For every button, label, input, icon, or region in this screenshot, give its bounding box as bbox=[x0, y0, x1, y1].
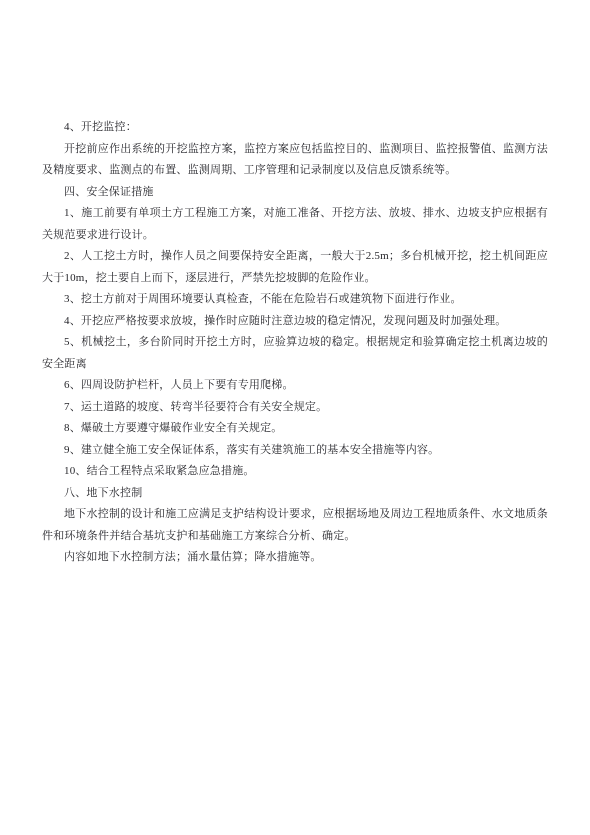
paragraph-safety-item-8: 8、爆破土方要遵守爆破作业安全有关规定。 bbox=[42, 418, 548, 440]
paragraph-groundwater-body: 地下水控制的设计和施工应满足支护结构设计要求，应根据场地及周边工程地质条件、水文… bbox=[42, 504, 548, 547]
paragraph-safety-item-3: 3、挖土方前对于周围环境要认真检查，不能在危险岩石或建筑物下面进行作业。 bbox=[42, 289, 548, 311]
paragraph-section-eight-heading: 八、地下水控制 bbox=[42, 483, 548, 505]
paragraph-safety-item-4: 4、开挖应严格按要求放坡，操作时应随时注意边坡的稳定情况，发现问题及时加强处理。 bbox=[42, 311, 548, 333]
paragraph-monitoring-plan-body: 开挖前应作出系统的开挖监控方案，监控方案应包括监控目的、监测项目、监控报警值、监… bbox=[42, 139, 548, 182]
paragraph-safety-item-2: 2、人工挖土方时，操作人员之间要保持安全距离，一般大于2.5m；多台机械开挖，挖… bbox=[42, 246, 548, 289]
paragraph-safety-item-10: 10、结合工程特点采取紧急应急措施。 bbox=[42, 461, 548, 483]
paragraph-safety-item-9: 9、建立健全施工安全保证体系，落实有关建筑施工的基本安全措施等内容。 bbox=[42, 440, 548, 462]
paragraph-excavation-monitoring-heading: 4、开挖监控： bbox=[42, 117, 548, 139]
paragraph-safety-item-7: 7、运土道路的坡度、转弯半径要符合有关安全规定。 bbox=[42, 397, 548, 419]
paragraph-section-four-heading: 四、安全保证措施 bbox=[42, 182, 548, 204]
paragraph-safety-item-6: 6、四周设防护栏杆，人员上下要有专用爬梯。 bbox=[42, 375, 548, 397]
paragraph-groundwater-methods: 内容如地下水控制方法；涌水量估算；降水措施等。 bbox=[42, 547, 548, 569]
document-page: 4、开挖监控： 开挖前应作出系统的开挖监控方案，监控方案应包括监控目的、监测项目… bbox=[0, 0, 590, 835]
paragraph-safety-item-1: 1、施工前要有单项土方工程施工方案，对施工准备、开挖方法、放坡、排水、边坡支护应… bbox=[42, 203, 548, 246]
paragraph-safety-item-5: 5、机械挖土，多台阶同时开挖土方时，应验算边坡的稳定。根据规定和验算确定挖土机离… bbox=[42, 332, 548, 375]
